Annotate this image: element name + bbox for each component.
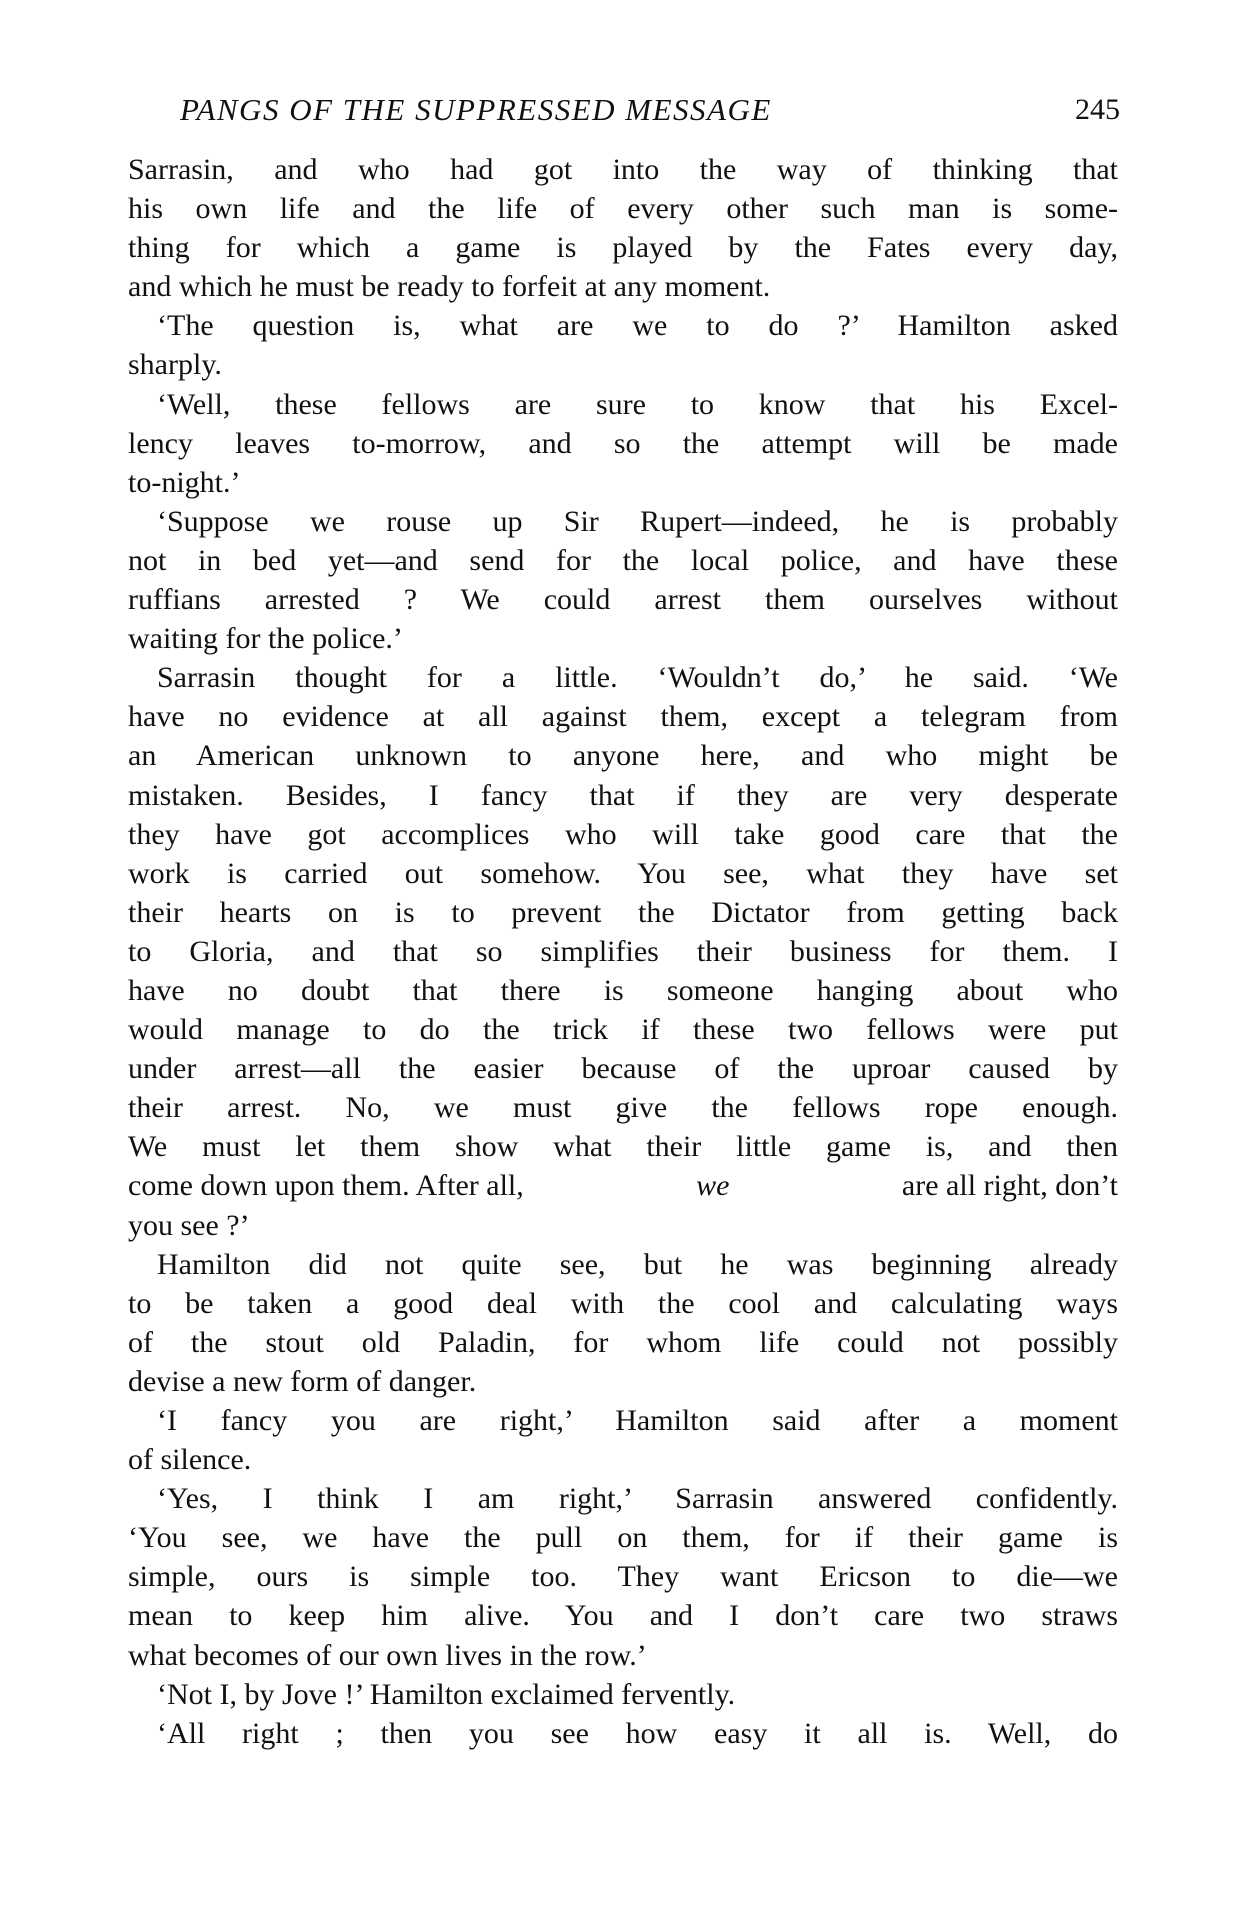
text-line: ‘All right ; then you see how easy it al…	[128, 1714, 1118, 1753]
text-line: they have got accomplices who will take …	[128, 815, 1118, 854]
text-line: sharply.	[128, 345, 1118, 384]
text-line: ‘I fancy you are right,’ Hamilton said a…	[128, 1401, 1118, 1440]
text-line: to-night.’	[128, 463, 1118, 502]
text-line: and which he must be ready to forfeit at…	[128, 267, 1118, 306]
text-line: waiting for the police.’	[128, 619, 1118, 658]
text-line: have no doubt that there is someone hang…	[128, 971, 1118, 1010]
text-segment: come down upon them. After all,	[128, 1166, 531, 1205]
text-line: their hearts on is to prevent the Dictat…	[128, 893, 1118, 932]
text-line: an American unknown to anyone here, and …	[128, 736, 1118, 775]
text-line: simple, ours is simple too. They want Er…	[128, 1557, 1118, 1596]
text-line: come down upon them. After all, we are a…	[128, 1166, 1118, 1205]
text-line: what becomes of our own lives in the row…	[128, 1636, 1118, 1675]
text-line: We must let them show what their little …	[128, 1127, 1118, 1166]
body-text: Sarrasin, and who had got into the way o…	[128, 150, 1118, 1753]
running-title: PANGS OF THE SUPPRESSED MESSAGE	[180, 92, 772, 128]
text-line: to be taken a good deal with the cool an…	[128, 1284, 1118, 1323]
text-line: would manage to do the trick if these tw…	[128, 1010, 1118, 1049]
text-line: you see ?’	[128, 1206, 1118, 1245]
text-line: Sarrasin, and who had got into the way o…	[128, 150, 1118, 189]
text-line: ruffians arrested ? We could arrest them…	[128, 580, 1118, 619]
text-line: his own life and the life of every other…	[128, 189, 1118, 228]
text-line: under arrest—all the easier because of t…	[128, 1049, 1118, 1088]
text-line: work is carried out somehow. You see, wh…	[128, 854, 1118, 893]
text-line: ‘Not I, by Jove !’ Hamilton exclaimed fe…	[128, 1675, 1118, 1714]
text-line: ‘The question is, what are we to do ?’ H…	[128, 306, 1118, 345]
text-line: not in bed yet—and send for the local po…	[128, 541, 1118, 580]
text-line: lency leaves to-morrow, and so the attem…	[128, 424, 1118, 463]
text-line: devise a new form of danger.	[128, 1362, 1118, 1401]
text-line: ‘You see, we have the pull on them, for …	[128, 1518, 1118, 1557]
text-line: ‘Suppose we rouse up Sir Rupert—indeed, …	[128, 502, 1118, 541]
text-line: have no evidence at all against them, ex…	[128, 697, 1118, 736]
text-line: of the stout old Paladin, for whom life …	[128, 1323, 1118, 1362]
text-line: Hamilton did not quite see, but he was b…	[128, 1245, 1118, 1284]
book-page: PANGS OF THE SUPPRESSED MESSAGE 245 Sarr…	[0, 0, 1246, 1912]
text-line: mean to keep him alive. You and I don’t …	[128, 1596, 1118, 1635]
text-line: thing for which a game is played by the …	[128, 228, 1118, 267]
text-line: mistaken. Besides, I fancy that if they …	[128, 776, 1118, 815]
text-line: of silence.	[128, 1440, 1118, 1479]
text-segment: are all right, don’t	[894, 1166, 1118, 1205]
text-line: ‘Well, these fellows are sure to know th…	[128, 385, 1118, 424]
text-line: ‘Yes, I think I am right,’ Sarrasin answ…	[128, 1479, 1118, 1518]
text-line: their arrest. No, we must give the fello…	[128, 1088, 1118, 1127]
text-line: to Gloria, and that so simplifies their …	[128, 932, 1118, 971]
italic-emphasis: we	[696, 1166, 729, 1205]
text-line: Sarrasin thought for a little. ‘Wouldn’t…	[128, 658, 1118, 697]
running-head: PANGS OF THE SUPPRESSED MESSAGE 245	[180, 88, 1120, 132]
page-number: 245	[1075, 93, 1120, 127]
